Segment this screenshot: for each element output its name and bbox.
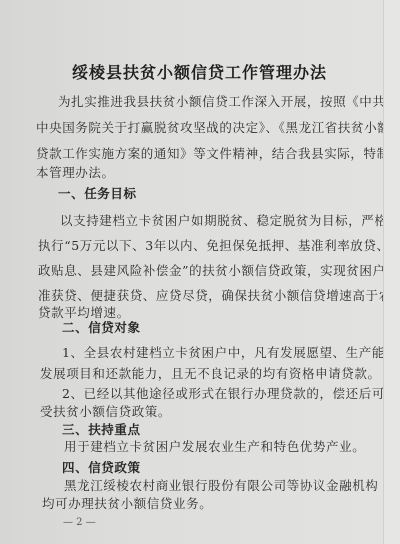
section4-line-1: 黑龙江绥棱农村商业银行股份有限公司等协议金融机构 (64, 476, 378, 494)
section4-line-2: 均可办理扶贫小额信贷业务。 (42, 494, 212, 512)
page-edge (383, 0, 400, 544)
document-lower: 三、扶持重点 用于建档立卡贫困户发展农业生产和特色优势产业。 四、信贷政策 黑龙… (0, 0, 383, 544)
section3-line-1: 用于建档立卡贫困户发展农业生产和特色优势产业。 (64, 437, 365, 455)
section-heading-support-focus: 三、扶持重点 (62, 420, 141, 438)
section-heading-credit-policy: 四、信贷政策 (62, 458, 141, 476)
page-number: — 2 — (63, 517, 96, 528)
